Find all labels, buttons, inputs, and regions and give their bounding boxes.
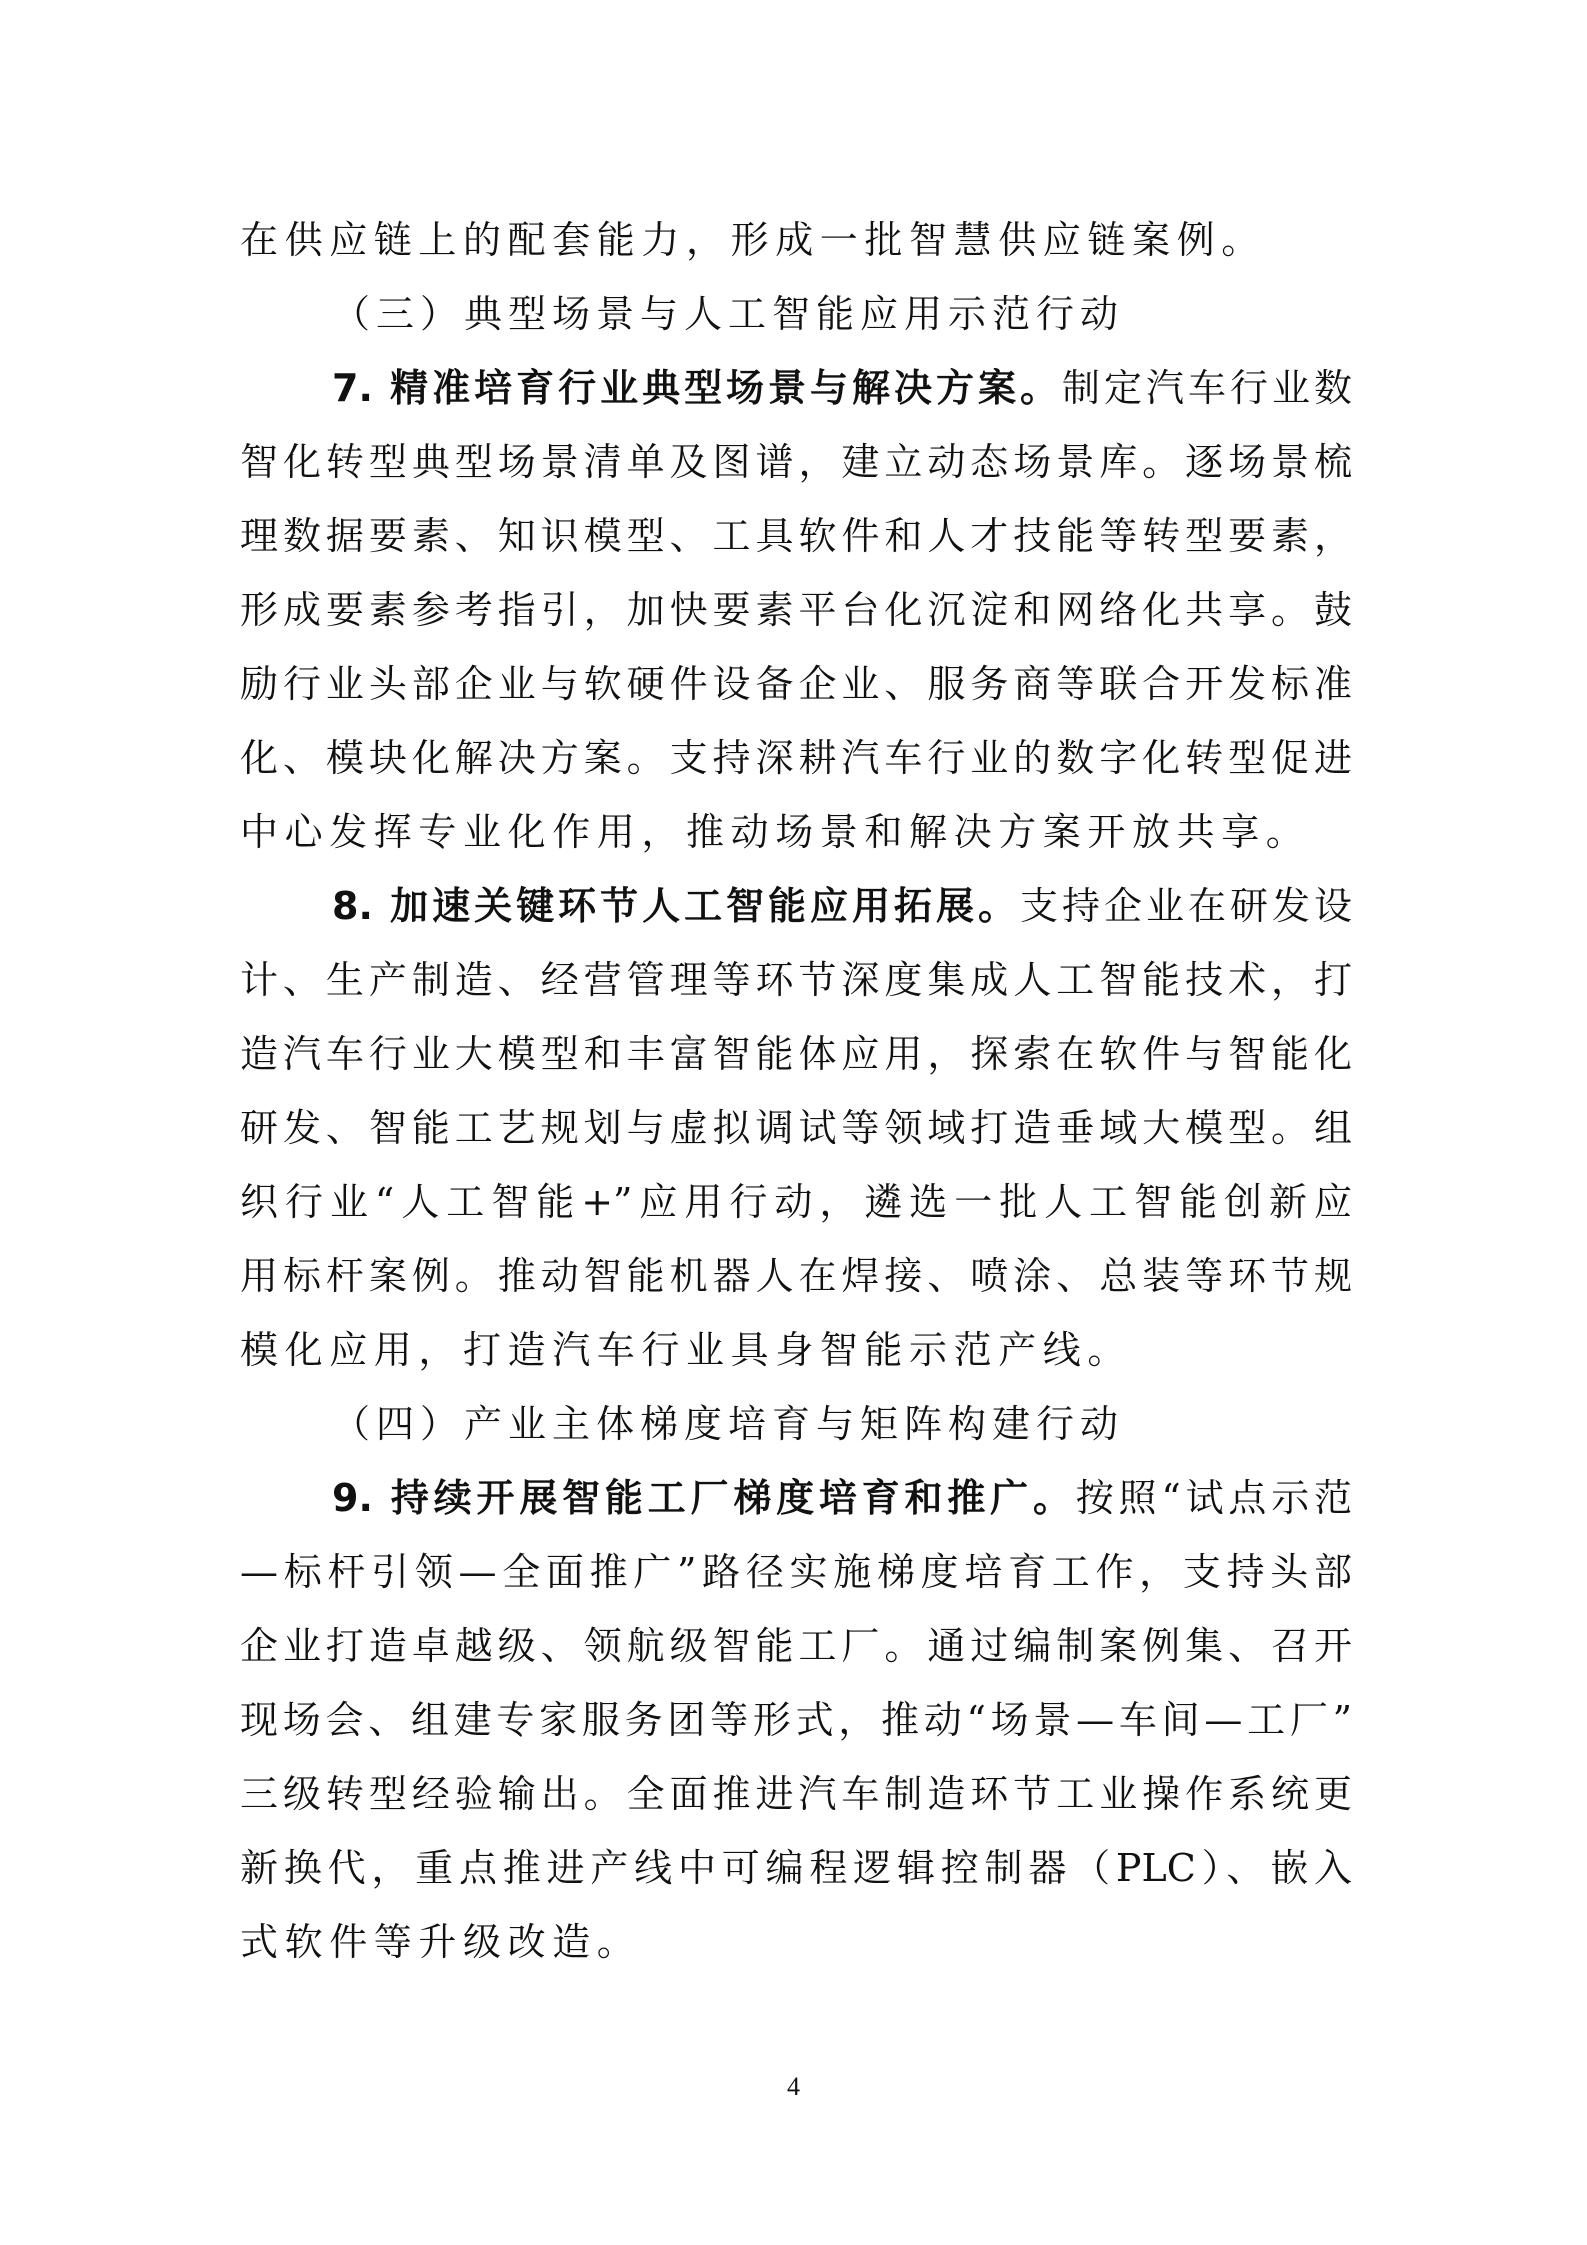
line-text: 用标杆案例。推动智能机器人在焊接、喷涂、总装等环节规 xyxy=(240,1254,1352,1298)
line-text: 在供应链上的配套能力，形成一批智慧供应链案例。 xyxy=(240,218,1266,262)
line-text: 计、生产制造、经营管理等环节深度集成人工智能技术，打 xyxy=(240,958,1352,1002)
paragraph-line: 三级转型经验输出。全面推进汽车制造环节工业操作系统更 xyxy=(240,1764,1352,1824)
item-9-title: 9. 持续开展智能工厂梯度培育和推广。 xyxy=(332,1476,1076,1520)
item-7-first-line: 7. 精准培育行业典型场景与解决方案。制定汽车行业数 xyxy=(240,358,1352,418)
paragraph-line: 造汽车行业大模型和丰富智能体应用，探索在软件与智能化 xyxy=(240,1024,1352,1084)
paragraph-line: 智化转型典型场景清单及图谱，建立动态场景库。逐场景梳 xyxy=(240,432,1352,492)
section-heading-3: （三）典型场景与人工智能应用示范行动 xyxy=(240,284,1124,344)
heading-text: （三）典型场景与人工智能应用示范行动 xyxy=(332,292,1124,336)
line-text: 励行业头部企业与软硬件设备企业、服务商等联合开发标准 xyxy=(240,662,1352,706)
line-text: 研发、智能工艺规划与虚拟调试等领域打造垂域大模型。组 xyxy=(240,1106,1352,1150)
line-text: 智化转型典型场景清单及图谱，建立动态场景库。逐场景梳 xyxy=(240,440,1352,484)
line-text: 新换代，重点推进产线中可编程逻辑控制器（PLC）、嵌入 xyxy=(240,1846,1352,1890)
line-text: 按照“试点示范 xyxy=(1076,1476,1352,1520)
paragraph-line: 在供应链上的配套能力，形成一批智慧供应链案例。 xyxy=(240,210,1266,270)
line-text: 式软件等升级改造。 xyxy=(240,1920,641,1964)
paragraph-line: 研发、智能工艺规划与虚拟调试等领域打造垂域大模型。组 xyxy=(240,1098,1352,1158)
line-text: 化、模块化解决方案。支持深耕汽车行业的数字化转型促进 xyxy=(240,736,1352,780)
line-text: 造汽车行业大模型和丰富智能体应用，探索在软件与智能化 xyxy=(240,1032,1352,1076)
line-text: 制定汽车行业数 xyxy=(1062,366,1352,410)
item-9-first-line: 9. 持续开展智能工厂梯度培育和推广。按照“试点示范 xyxy=(240,1468,1352,1528)
heading-text: （四）产业主体梯度培育与矩阵构建行动 xyxy=(332,1402,1124,1446)
paragraph-line: 计、生产制造、经营管理等环节深度集成人工智能技术，打 xyxy=(240,950,1352,1010)
line-text: —标杆引领—全面推广”路径实施梯度培育工作，支持头部 xyxy=(240,1550,1352,1594)
line-text: 理数据要素、知识模型、工具软件和人才技能等转型要素， xyxy=(240,514,1352,558)
paragraph-line: 新换代，重点推进产线中可编程逻辑控制器（PLC）、嵌入 xyxy=(240,1838,1352,1898)
paragraph-line: 理数据要素、知识模型、工具软件和人才技能等转型要素， xyxy=(240,506,1352,566)
item-8-first-line: 8. 加速关键环节人工智能应用拓展。支持企业在研发设 xyxy=(240,876,1352,936)
paragraph-line: —标杆引领—全面推广”路径实施梯度培育工作，支持头部 xyxy=(240,1542,1352,1602)
paragraph-line: 现场会、组建专家服务团等形式，推动“场景—车间—工厂” xyxy=(240,1690,1352,1750)
paragraph-line: 企业打造卓越级、领航级智能工厂。通过编制案例集、召开 xyxy=(240,1616,1352,1676)
paragraph-line: 式软件等升级改造。 xyxy=(240,1912,641,1972)
paragraph-line: 化、模块化解决方案。支持深耕汽车行业的数字化转型促进 xyxy=(240,728,1352,788)
line-text: 模化应用，打造汽车行业具身智能示范产线。 xyxy=(240,1328,1132,1372)
line-text: 中心发挥专业化作用，推动场景和解决方案开放共享。 xyxy=(240,810,1310,854)
item-8-title: 8. 加速关键环节人工智能应用拓展。 xyxy=(332,884,1020,928)
page-number: 4 xyxy=(0,2072,1587,2102)
paragraph-line: 织行业“人工智能+”应用行动，遴选一批人工智能创新应 xyxy=(240,1172,1352,1232)
paragraph-line: 励行业头部企业与软硬件设备企业、服务商等联合开发标准 xyxy=(240,654,1352,714)
line-text: 支持企业在研发设 xyxy=(1020,884,1352,928)
paragraph-line: 模化应用，打造汽车行业具身智能示范产线。 xyxy=(240,1320,1132,1380)
line-text: 织行业“人工智能+”应用行动，遴选一批人工智能创新应 xyxy=(240,1180,1352,1224)
paragraph-line: 中心发挥专业化作用，推动场景和解决方案开放共享。 xyxy=(240,802,1310,862)
section-heading-4: （四）产业主体梯度培育与矩阵构建行动 xyxy=(240,1394,1124,1454)
line-text: 形成要素参考指引，加快要素平台化沉淀和网络化共享。鼓 xyxy=(240,588,1352,632)
line-text: 企业打造卓越级、领航级智能工厂。通过编制案例集、召开 xyxy=(240,1624,1352,1668)
item-7-title: 7. 精准培育行业典型场景与解决方案。 xyxy=(332,366,1062,410)
paragraph-line: 形成要素参考指引，加快要素平台化沉淀和网络化共享。鼓 xyxy=(240,580,1352,640)
paragraph-line: 用标杆案例。推动智能机器人在焊接、喷涂、总装等环节规 xyxy=(240,1246,1352,1306)
line-text: 现场会、组建专家服务团等形式，推动“场景—车间—工厂” xyxy=(240,1698,1352,1742)
line-text: 三级转型经验输出。全面推进汽车制造环节工业操作系统更 xyxy=(240,1772,1352,1816)
